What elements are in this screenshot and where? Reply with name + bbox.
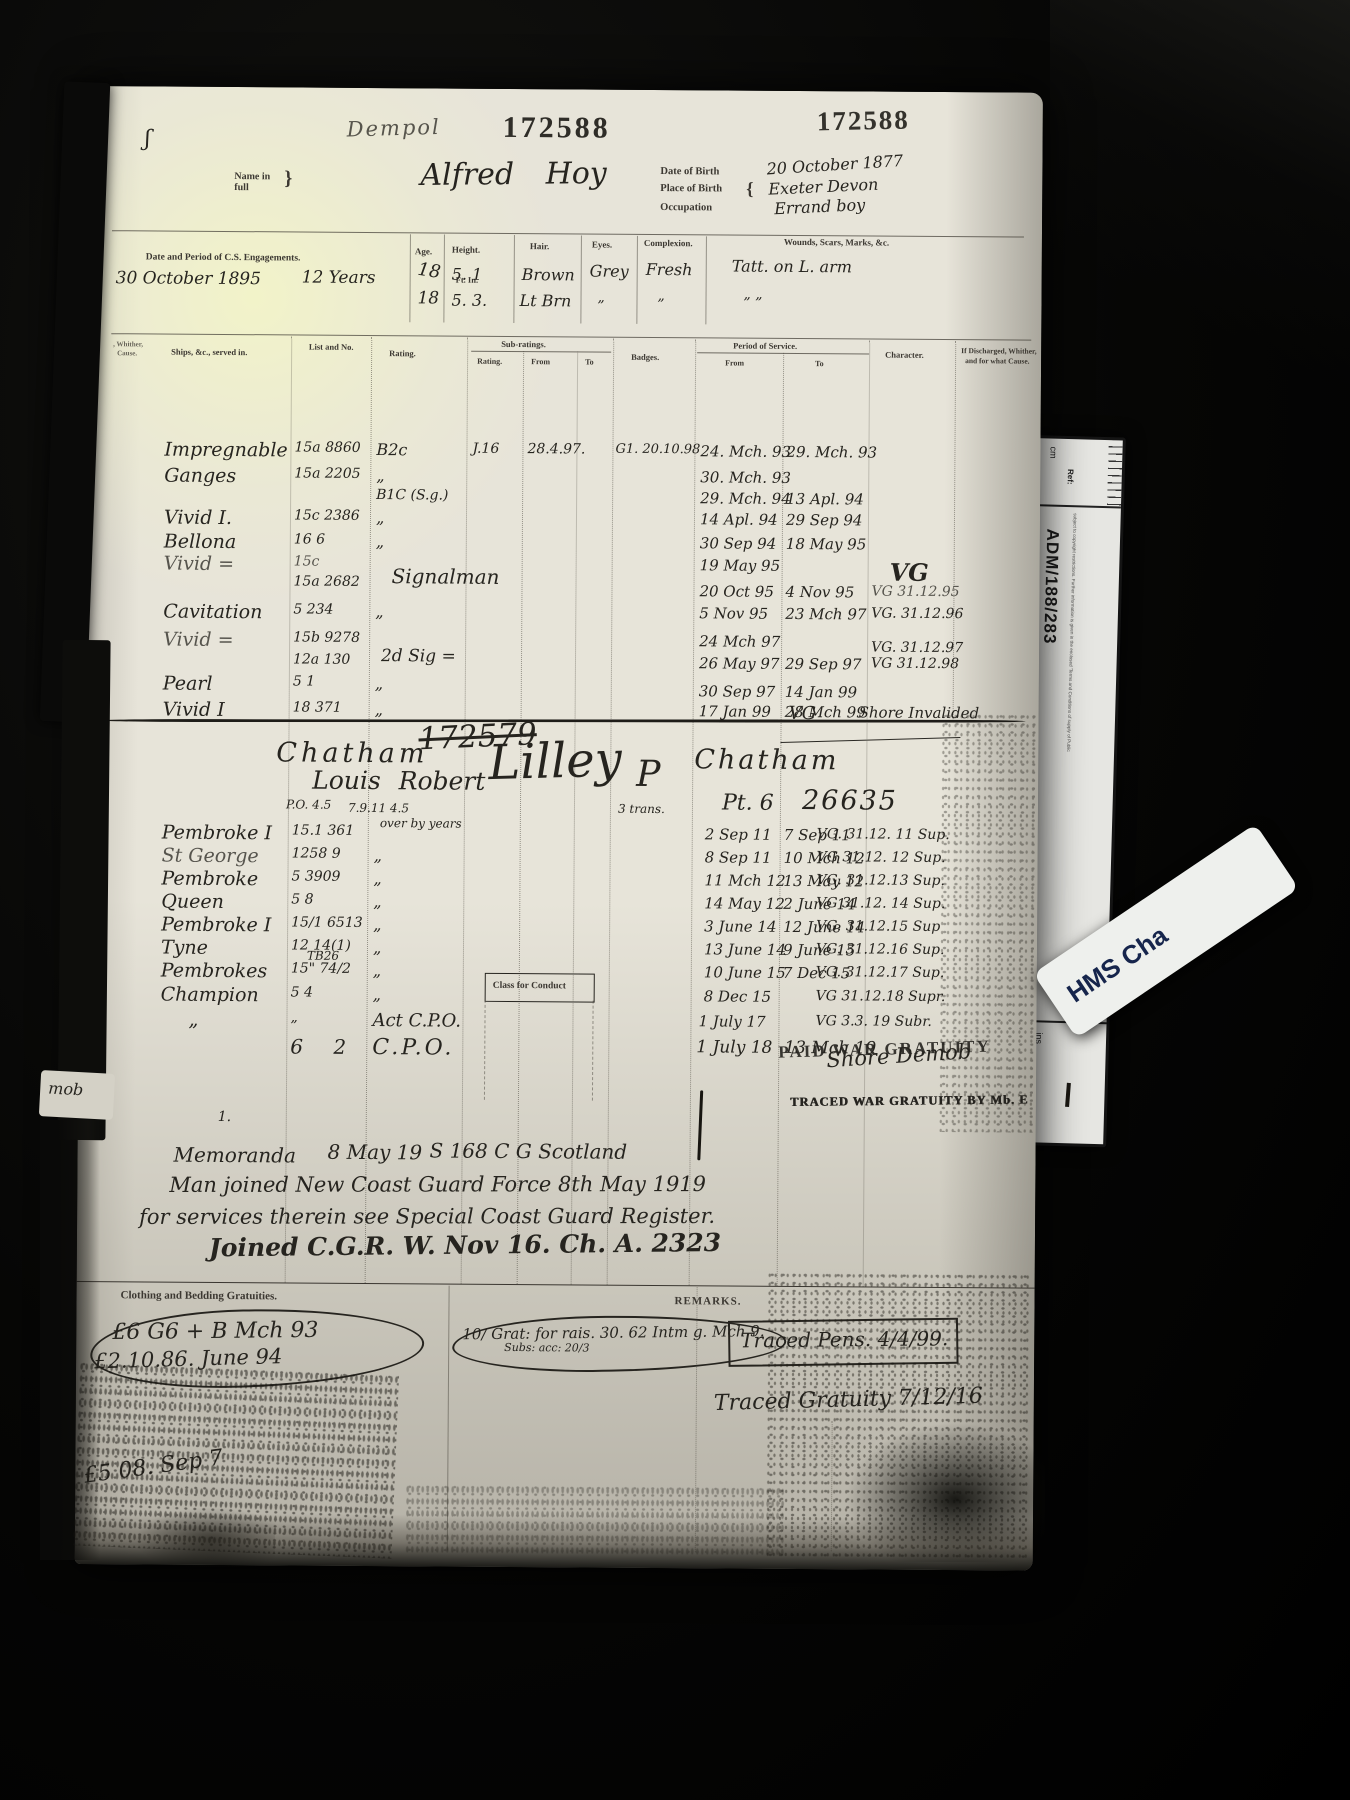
rating: „ [376, 508, 384, 527]
list-no: 16 6 [294, 531, 325, 547]
column-divider [580, 235, 582, 323]
list-no: 5 1 [293, 673, 315, 689]
rating: „ [373, 892, 381, 911]
character-header: Character. [885, 350, 924, 360]
service-from: 17 Jan 99 [699, 702, 771, 721]
depot-right: Chatham [694, 744, 839, 776]
remarks-header: REMARKS. [674, 1295, 741, 1307]
character-entry: VG. 31.12. 11 Sup. [817, 826, 950, 843]
note-mark: 1. [218, 1109, 231, 1125]
column-divider [409, 234, 411, 322]
service-from: 5 Nov 95 [699, 604, 768, 622]
complexion-value: Fresh [646, 260, 693, 279]
po-note: P.O. 4.5 [286, 797, 331, 811]
terms-fine-print: subject to copyright restrictions. Furth… [1066, 513, 1078, 752]
rating: Signalman [392, 564, 500, 589]
rating: C.P.O. [372, 1035, 454, 1061]
ship-name: Cavitation [163, 601, 262, 624]
service-to: 13 Apl. 94 [786, 490, 864, 509]
occupation-label: Occupation [660, 202, 712, 213]
name-label: Name in full [234, 171, 280, 193]
wounds-value: „ „ [744, 287, 763, 303]
eyes-value: Grey [590, 262, 629, 281]
ship-name: Vivid I [163, 699, 225, 721]
service-from: 8 Dec 15 [704, 987, 772, 1005]
badges-header: Badges. [631, 352, 659, 362]
height-value: 5. 3. [451, 291, 487, 310]
traced-gratuity-note: Traced Gratuity 7/12/16 [714, 1384, 984, 1417]
engagements-header: Date and Period of C.S. Engagements. [146, 252, 301, 263]
service-from: 24. Mch. 93 [700, 442, 791, 461]
ref-label: Ref: [1066, 469, 1075, 485]
service-from: 19 May 95 [700, 556, 781, 575]
service-from: 24 Mch 97 [699, 632, 780, 651]
service-to: 4 Nov 95 [785, 583, 854, 601]
service-to: 29. Mch. 93 [786, 443, 877, 462]
depot-left: Chatham [276, 737, 428, 769]
list-no: 15b 9278 [293, 629, 360, 645]
period-of-service-header: Period of Service. [733, 341, 797, 351]
list-no: 15.1 361 [292, 822, 354, 838]
gratuity-subnote: Subs: acc: 20/3 [504, 1341, 589, 1355]
complexion-header: Complexion. [644, 238, 693, 248]
hair-value: Lt Brn [519, 291, 571, 310]
list-no: 5 8 [291, 891, 313, 907]
dob-value: 20 October 1877 [766, 151, 904, 179]
traced-pension-note: Traced Pens. 4/4/99. [740, 1326, 948, 1352]
table-rule [471, 351, 611, 353]
service-from: 20 Oct 95 [699, 582, 774, 601]
character-entry: VG 31.12.98 [871, 656, 959, 673]
service-number-center: 172588 [503, 111, 611, 146]
list-no-header: List and No. [299, 342, 363, 352]
ship-name: „ [188, 1009, 198, 1031]
photocopy-spine-bar [57, 640, 110, 1140]
first-names: Louis Robert [312, 766, 485, 796]
character-entry: VG. 31.12.15 Sup [816, 918, 940, 935]
service-from: 11 Mch 12 [704, 871, 785, 890]
character-entry: VG. 31.12.16 Sup. [816, 941, 945, 958]
memoranda-label: Memoranda [173, 1143, 296, 1168]
margin-squiggle: ʃ [145, 126, 151, 151]
rating: „ [373, 869, 381, 888]
service-from: 26 May 97 [699, 654, 780, 673]
photograph-of-service-record: 1 2 cm Ref: Please note that this copy i… [0, 0, 1350, 1800]
ship-name: Ganges [164, 465, 236, 488]
coastguard-note-line: Man joined New Coast Guard Force 8th May… [169, 1172, 706, 1197]
traced-war-gratuity-stamp: TRACED WAR GRATUITY BY Mb. E [790, 1093, 1029, 1110]
margin-fragment: Cause. [117, 349, 137, 357]
hair-value: Brown [522, 265, 575, 284]
section-divider [447, 1286, 450, 1551]
service-from: 14 May 12 [704, 894, 785, 913]
rating: „ [373, 985, 381, 1004]
ship-name: Vivid = [163, 629, 234, 651]
margin-fragment: , Whither, [113, 340, 143, 348]
po-date-note: 7.9.11 4.5 [348, 801, 409, 815]
service-record-page: ʃ Dempol 172588 172588 Name in full } Al… [75, 86, 1043, 1571]
initial: P [636, 754, 661, 795]
name-value: Alfred Hoy [420, 156, 607, 193]
ship-name: Tyne [161, 937, 208, 959]
service-from: 8 Sep 11 [705, 848, 772, 866]
margin-scrap: mob [39, 1070, 115, 1120]
engagement-date: 30 October 1895 [116, 268, 261, 289]
age-header: Age. [415, 246, 432, 256]
service-to: 18 May 95 [786, 535, 867, 554]
list-no: 1258 9 [292, 845, 341, 861]
sub-rating-header: Rating. [477, 357, 502, 366]
cm-label: cm [1048, 446, 1058, 458]
ps-to-header: To [815, 359, 824, 368]
class-for-conduct-label: Class for Conduct [493, 981, 566, 992]
port-division: Pt. 6 [722, 790, 774, 815]
extra-gratuity-note: £5 08. Sep 7 [82, 1445, 224, 1488]
list-no: 5 3909 [291, 868, 340, 884]
rating: „ [374, 846, 382, 865]
rating: „ [375, 674, 383, 693]
section-rule [77, 1281, 1035, 1289]
list-no: 6 2 [290, 1034, 358, 1058]
service-number-right: 172588 [816, 105, 910, 138]
handwritten-note: Dempol [346, 115, 441, 142]
name-brace: } [284, 167, 292, 190]
pob-brace: { [746, 179, 753, 200]
list-no: 15a 2205 [294, 465, 360, 481]
rating-header: Rating. [389, 348, 416, 358]
ships-header: Ships, &c., served in. [171, 347, 247, 358]
table-rule [112, 230, 1024, 237]
column-divider [443, 235, 445, 323]
divider-underline [780, 737, 960, 743]
service-from: 3 June 14 [704, 917, 777, 936]
list-no: 5 4 [291, 984, 313, 1000]
badge-entry: G1. 20.10.98 [615, 442, 700, 458]
discharged-header: If Discharged, Whither, [961, 346, 1036, 356]
height-header: Height. [452, 245, 480, 255]
list-no: 12a 130 [293, 651, 350, 667]
joined-cgr-line: Joined C.G.R. W. Nov 16. Ch. A. 2323 [209, 1228, 721, 1262]
archive-reference: ADM/188/283 [1039, 528, 1062, 644]
engagement-period: 12 Years [302, 268, 376, 289]
table-rule [111, 333, 1031, 340]
coastguard-note-line: for services therein see Special Coast G… [139, 1204, 715, 1229]
list-no: 18 371 [293, 699, 342, 715]
character-entry: VG [890, 558, 929, 587]
memoranda-date: 8 May 19 [327, 1140, 422, 1165]
list-no: „ [290, 1009, 297, 1025]
service-to: 29 Sep 94 [786, 511, 863, 530]
list-no: 5 234 [293, 601, 333, 617]
sub-ratings-header: Sub-ratings. [501, 339, 546, 349]
eyes-header: Eyes. [592, 240, 612, 250]
pen-stroke [697, 1090, 703, 1160]
margin-writing: mob [48, 1079, 84, 1100]
eyes-value: „ [597, 290, 604, 306]
character-entry: VG 31.12. 12 Sup. [817, 849, 946, 866]
paper-bottom-shadow [75, 1512, 1033, 1571]
height-value: 5. 1 [452, 265, 483, 284]
table-row: Vivid I 18 371 „ 17 Jan 99 28 Mch 99 VG … [81, 698, 1039, 731]
wounds-header: Wounds, Scars, Marks, &c. [784, 237, 889, 248]
clothing-note: £6 G6 + B Mch 93 [112, 1318, 318, 1345]
official-number: 26635 [802, 785, 898, 817]
rating: „ [376, 532, 384, 551]
list-no: 15a 8860 [294, 439, 360, 455]
hair-header: Hair. [530, 241, 549, 251]
character-entry: VG 31.12. 14 Sup. [816, 895, 945, 912]
ship-name: Queen [161, 891, 224, 913]
service-to: 14 Jan 99 [785, 683, 857, 702]
service-to: 29 Sep 97 [785, 655, 862, 674]
ship-name: Vivid I. [164, 507, 232, 529]
ship-name: Bellona [164, 531, 237, 554]
sub-rating: J.16 [472, 441, 499, 457]
list-no: 15c [294, 553, 320, 569]
sub-to-header: To [585, 357, 594, 366]
service-from: 2 Sep 11 [705, 825, 772, 843]
complexion-value: „ [657, 288, 664, 304]
rating: B2c [376, 440, 407, 459]
dob-label: Date of Birth [660, 166, 719, 177]
ship-name: Pembrokes [161, 960, 268, 983]
service-from: 30 Sep 94 [700, 534, 777, 553]
list-no: 15/1 6513 [291, 914, 363, 930]
service-from: 30. Mch. 93 [700, 468, 791, 487]
discharged-header: and for what Cause. [965, 356, 1030, 365]
ship-name: Pembroke I [162, 822, 272, 845]
service-from: 30 Sep 97 [699, 682, 776, 701]
column-divider [513, 235, 515, 323]
ps-from-header: From [725, 358, 744, 367]
age-value: 18 [416, 259, 442, 283]
clothing-gratuities-header: Clothing and Bedding Gratuities. [121, 1289, 278, 1302]
list-annotation: TB26 [307, 949, 339, 963]
list-no: 15" 74/2 [291, 960, 351, 976]
character-entry: VG. 31.12.96 [871, 606, 963, 623]
transfer-note: 3 trans. [618, 802, 665, 816]
service-from: 1 July 18 [696, 1037, 772, 1058]
character-entry: VG 3.3. 19 Subr. [815, 1013, 931, 1030]
rating: B1C (S.g.) [376, 487, 448, 504]
service-from: 14 Apl. 94 [700, 510, 778, 529]
table-row: Cavitation 5 234 „ 5 Nov 95 23 Mch 97 VG… [81, 600, 1039, 633]
character-entry: VG 31.12.18 Supr. [816, 988, 946, 1005]
age-value: 18 [417, 288, 439, 308]
occupation-value: Errand boy [774, 195, 866, 218]
background-shadow [1050, 0, 1350, 460]
service-from: 13 June 14 [704, 940, 786, 959]
ship-name: Pearl [163, 673, 213, 695]
pob-label: Place of Birth [660, 183, 722, 194]
service-from: 10 June 15 [704, 963, 786, 982]
ship-name: Pembroke [161, 868, 258, 891]
column-divider [705, 236, 707, 324]
rating: „ [376, 466, 384, 485]
character-entry: VG 31.12.95 [871, 584, 959, 601]
character-entry: VG. 31.12.17 Sup. [816, 964, 945, 981]
service-to: 23 Mch 97 [785, 605, 866, 624]
list-no: 15c 2386 [294, 507, 360, 523]
service-from: 29. Mch. 94 [700, 489, 791, 508]
character-entry: VG. 31.12.13 Sup. [816, 872, 945, 889]
ship-name: Impregnable [164, 439, 287, 462]
sub-from-header: From [531, 357, 550, 366]
service-from: 1 July 17 [698, 1012, 765, 1030]
rating: 2d Sig = [381, 646, 456, 667]
rating: „ [373, 961, 381, 980]
sub-rating-from: 28.4.97. [527, 441, 585, 457]
ship-name: Pembroke I [161, 914, 271, 937]
ship-name: Vivid = [164, 553, 235, 575]
wounds-value: Tatt. on L. arm [732, 257, 852, 277]
photocopy-edge-shadow [40, 1120, 100, 1560]
ship-name: Champion [161, 984, 259, 1007]
rating: „ [373, 938, 381, 957]
column-divider [636, 236, 638, 324]
ship-name: St George [162, 845, 259, 868]
list-no: 15a 2682 [293, 573, 359, 589]
memoranda-ref: S 168 C G Scotland [429, 1138, 627, 1163]
rating: „ [375, 700, 383, 719]
surname: Lilley [488, 731, 623, 791]
character-entry: VG. 31.12.97 [871, 640, 963, 657]
rating: „ [375, 602, 383, 621]
rating: „ [373, 915, 381, 934]
rating: Act C.P.O. [372, 1010, 461, 1032]
